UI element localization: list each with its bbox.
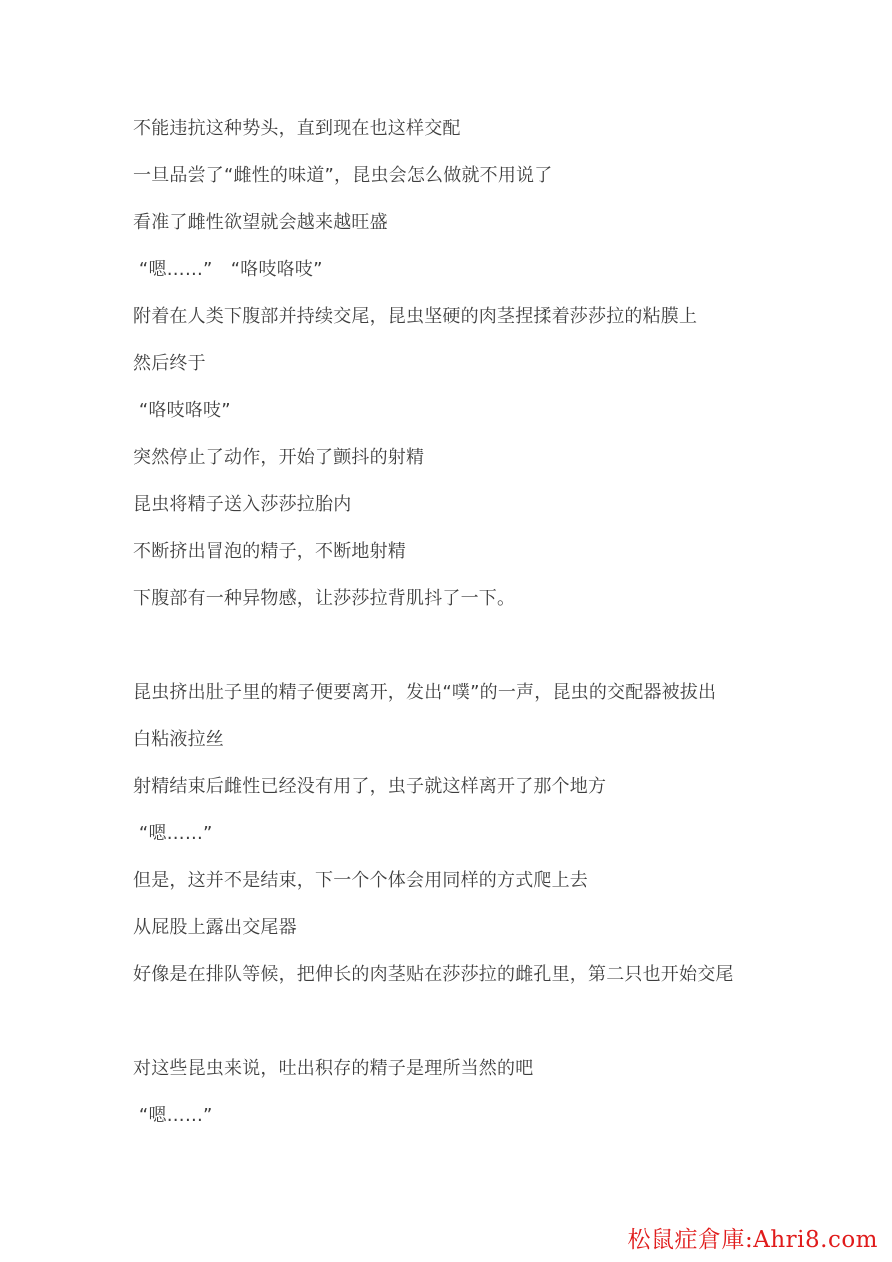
blank-line	[133, 637, 773, 655]
watermark: 松鼠症倉庫:Ahri8.com	[627, 1228, 878, 1252]
text-line: “咯吱咯吱”	[133, 402, 773, 420]
text-line: 一旦品尝了“雌性的味道”，昆虫会怎么做就不用说了	[133, 167, 773, 185]
text-line: 昆虫挤出肚子里的精子便要离开，发出“噗”的一声，昆虫的交配器被拔出	[133, 684, 773, 702]
text-line: 不能违抗这种势头，直到现在也这样交配	[133, 120, 773, 138]
text-line: 昆虫将精子送入莎莎拉胎内	[133, 496, 773, 514]
text-line: 然后终于	[133, 355, 773, 373]
text-line: 白粘液拉丝	[133, 731, 773, 749]
text-line: “嗯……” “咯吱咯吱”	[133, 261, 773, 279]
text-line: 对这些昆虫来说，吐出积存的精子是理所当然的吧	[133, 1060, 773, 1078]
document-page: 不能违抗这种势头，直到现在也这样交配一旦品尝了“雌性的味道”，昆虫会怎么做就不用…	[133, 120, 773, 1154]
text-line: 附着在人类下腹部并持续交尾，昆虫坚硬的肉茎捏揉着莎莎拉的粘膜上	[133, 308, 773, 326]
text-line: 下腹部有一种异物感，让莎莎拉背肌抖了一下。	[133, 590, 773, 608]
text-line: 突然停止了动作，开始了颤抖的射精	[133, 449, 773, 467]
text-line: 射精结束后雌性已经没有用了，虫子就这样离开了那个地方	[133, 778, 773, 796]
blank-line	[133, 1013, 773, 1031]
text-line: 看准了雌性欲望就会越来越旺盛	[133, 214, 773, 232]
text-line: 不断挤出冒泡的精子，不断地射精	[133, 543, 773, 561]
text-line: 但是，这并不是结束，下一个个体会用同样的方式爬上去	[133, 872, 773, 890]
text-line: “嗯……”	[133, 1107, 773, 1125]
text-line: 好像是在排队等候，把伸长的肉茎贴在莎莎拉的雌孔里，第二只也开始交尾	[133, 966, 773, 984]
text-line: 从屁股上露出交尾器	[133, 919, 773, 937]
text-line: “嗯……”	[133, 825, 773, 843]
